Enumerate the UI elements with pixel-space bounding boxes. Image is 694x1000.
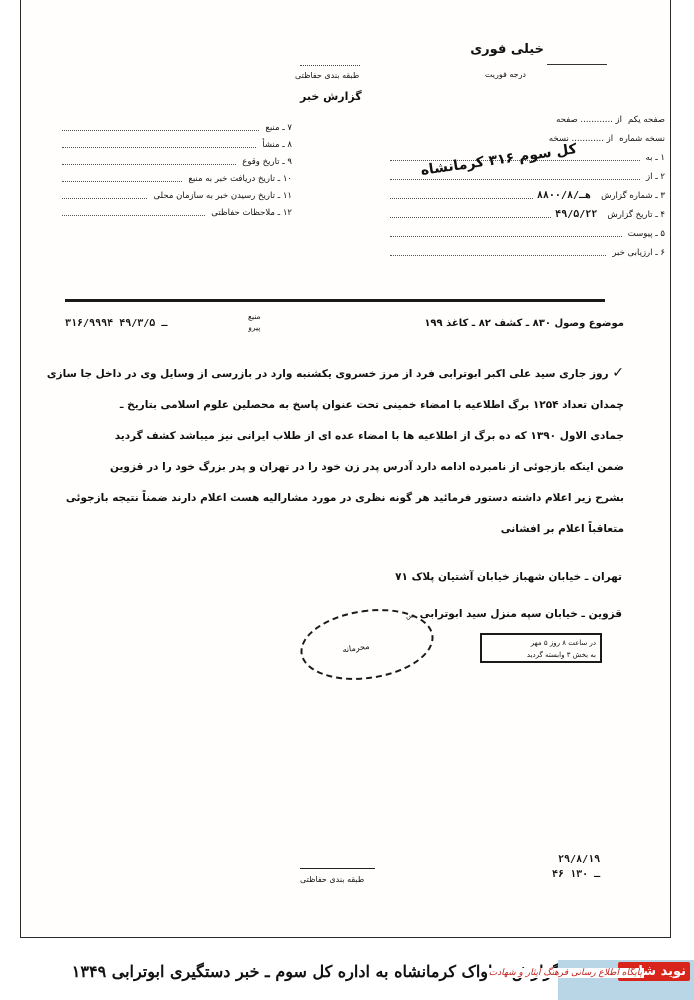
field-row: ۴ ـ تاریخ گزارش۴۹/۵/۲۲	[390, 205, 665, 224]
address-tehran: تهران ـ خیابان شهباز خیابان آشتیان پلاک …	[395, 571, 622, 583]
subject-line: موضوع وصول ۸۳۰ ـ کشف ۸۲ ـ کاغذ ۱۹۹	[424, 318, 624, 329]
body-line: بشرح زیر اعلام داشته دستور فرمائید هر گو…	[59, 483, 624, 514]
bottom-classification-rule	[300, 868, 375, 869]
field-label: ۱ ـ به	[646, 153, 665, 163]
classification-rule	[300, 65, 360, 66]
field-value: از ............ صفحه	[556, 115, 622, 125]
field-value-line	[390, 249, 606, 256]
right-field-list: صفحه یکماز ............ صفحه نسخه شمارها…	[390, 110, 665, 262]
logo-text: پایگاه اطلاع رسانی فرهنگ ایثار و شهادت	[487, 968, 644, 978]
separator-line	[65, 299, 605, 302]
reference-number: ۳۱۶/۹۹۹۴ ـ ۴۹/۳/۵	[65, 318, 167, 329]
field-value: از ............ نسخه	[549, 134, 613, 144]
urgency-title: خیلی فوری	[470, 42, 544, 57]
receipt-stamp-line2: به بخش ۳ وابسته گردید	[486, 649, 596, 661]
field-row: ۵ ـ پیوست	[390, 224, 665, 243]
field-row: ۱۰ ـ تاریخ دریافت خبر به منبع	[62, 170, 292, 187]
field-value-line	[390, 230, 622, 237]
report-body: ✓ روز جاری سید علی اکبر ابوترابی فرد از …	[59, 358, 624, 545]
field-label: ۷ ـ منبع	[265, 123, 292, 133]
field-label: صفحه یکم	[628, 115, 665, 125]
left-field-list: ۷ ـ منبع ۸ ـ منشأ ۹ ـ تاریخ وقوع ۱۰ ـ تا…	[62, 119, 292, 221]
bottom-date-line2: ۴۶ ـ ۱۳۰	[552, 867, 600, 882]
image-caption: گزارش ساواک کرمانشاه به اداره کل سوم ـ خ…	[60, 962, 560, 981]
check-mark-icon: ✓	[612, 365, 624, 381]
classification-label: طبقه بندی حفاظتی	[295, 71, 359, 80]
reference-labels: منبع پیرو	[248, 311, 261, 333]
field-value-line	[62, 175, 182, 182]
field-row: نسخه شمارهاز ............ نسخه	[390, 129, 665, 148]
body-line: چمدان تعداد ۱۲۵۴ برگ اطلاعیه با امضاء خم…	[59, 390, 624, 421]
body-line: ضمن اینکه بازجوئی از نامبرده ادامه دارد …	[59, 452, 624, 483]
field-label: ۳ ـ شماره گزارش	[601, 191, 665, 201]
document-heading: گزارش خبر	[300, 90, 362, 103]
field-value-line	[62, 124, 259, 131]
field-row: ۹ ـ تاریخ وقوع	[62, 153, 292, 170]
oval-stamp-line1: س	[405, 611, 415, 620]
field-label: ۹ ـ تاریخ وقوع	[242, 157, 292, 167]
urgency-label: درجه فوریت	[485, 70, 526, 79]
field-label: ۵ ـ پیوست	[628, 229, 665, 239]
receipt-stamp-line1: در ساعت ۸ روز ۵ مهر	[486, 637, 596, 649]
report-number: ۸۸۰۰/۸/هـ	[537, 190, 591, 201]
field-row: صفحه یکماز ............ صفحه	[390, 110, 665, 129]
body-line: ✓ روز جاری سید علی اکبر ابوترابی فرد از …	[59, 358, 624, 390]
field-label: ۴ ـ تاریخ گزارش	[607, 210, 665, 220]
field-label: نسخه شماره	[619, 134, 665, 144]
field-value-line	[62, 209, 205, 216]
field-row: ۱۱ ـ تاریخ رسیدن خبر به سازمان محلی	[62, 187, 292, 204]
urgency-rule	[547, 64, 607, 65]
oval-stamp-line2: محرمانه	[342, 642, 370, 655]
field-row: ۶ ـ ارزیابی خبر	[390, 243, 665, 262]
site-logo: نوید شاهد پایگاه اطلاع رسانی فرهنگ ایثار…	[558, 960, 694, 1000]
body-line: متعاقباً اعلام بر افشانی	[59, 514, 624, 545]
field-row: ۱۲ ـ ملاحظات حفاظتی	[62, 204, 292, 221]
field-row: ۷ ـ منبع	[62, 119, 292, 136]
field-value-line	[62, 192, 147, 199]
bottom-date-line1: ۲۹/۸/۱۹	[552, 852, 600, 867]
field-label: ۱۲ ـ ملاحظات حفاظتی	[211, 208, 292, 218]
reference-followup-label: پیرو	[248, 322, 261, 333]
body-line: جمادی الاول ۱۳۹۰ که ده برگ از اطلاعیه ها…	[59, 421, 624, 452]
field-label: ۱۱ ـ تاریخ رسیدن خبر به سازمان محلی	[153, 191, 292, 201]
field-value-line	[62, 158, 236, 165]
bottom-classification-label: طبقه بندی حفاظتی	[300, 875, 364, 884]
field-label: ۲ ـ از	[646, 172, 665, 182]
report-date: ۴۹/۵/۲۲	[555, 209, 597, 220]
receipt-stamp: در ساعت ۸ روز ۵ مهر به بخش ۳ وابسته گردی…	[480, 633, 602, 663]
field-value-line	[390, 211, 551, 218]
field-row: ۳ ـ شماره گزارش۸۸۰۰/۸/هـ	[390, 186, 665, 205]
address-qazvin: قزوین ـ خیابان سپه منزل سید ابوترابی	[420, 608, 622, 620]
field-label: ۸ ـ منشأ	[262, 140, 292, 150]
bottom-handwritten-date: ۲۹/۸/۱۹ ۴۶ ـ ۱۳۰	[552, 852, 600, 882]
field-value-line	[62, 141, 256, 148]
body-line-text: روز جاری سید علی اکبر ابوترابی فرد از مر…	[47, 368, 609, 380]
field-value-line	[390, 192, 533, 199]
field-row: ۸ ـ منشأ	[62, 136, 292, 153]
field-label: ۱۰ ـ تاریخ دریافت خبر به منبع	[188, 174, 292, 184]
reference-source-label: منبع	[248, 311, 261, 322]
field-label: ۶ ـ ارزیابی خبر	[612, 248, 665, 258]
